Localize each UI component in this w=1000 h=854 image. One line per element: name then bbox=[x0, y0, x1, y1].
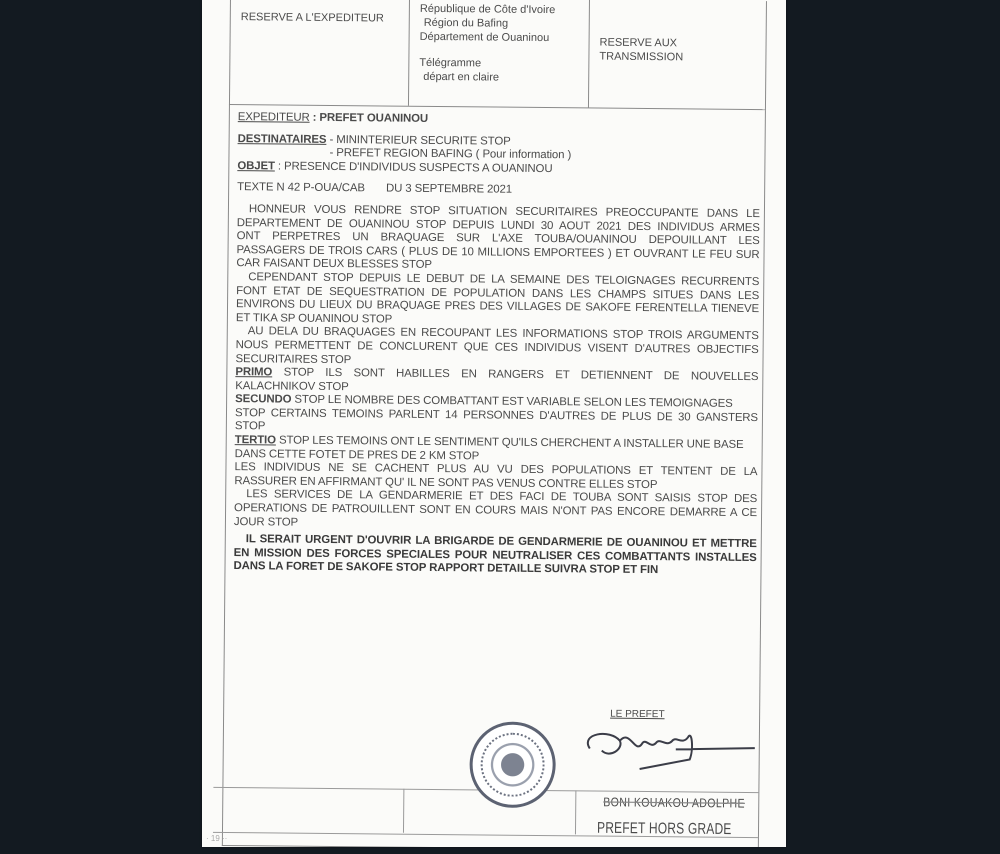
telegram-document: RESERVE A L'EXPEDITEUR République de Côt… bbox=[202, 0, 786, 847]
doc-type: Télégramme bbox=[419, 56, 582, 72]
paragraph-testimonies: CEPENDANT STOP DEPUIS LE DEBUT DE LA SEM… bbox=[236, 271, 759, 330]
header-reserved-sender: RESERVE A L'EXPEDITEUR bbox=[230, 0, 409, 106]
signatory-name: BONI KOUAKOU ADOLPHE bbox=[603, 795, 745, 811]
header-table: RESERVE A L'EXPEDITEUR République de Côt… bbox=[229, 0, 767, 110]
sender-line: EXPEDITEUR : PREFET OUANINOU bbox=[238, 111, 761, 130]
issuer-region: Région du Bafing bbox=[420, 16, 583, 32]
paragraph-services: LES SERVICES DE LA GENDARMERIE ET DES FA… bbox=[234, 489, 757, 535]
handwritten-signature-icon bbox=[580, 718, 761, 780]
paragraph-arguments: AU DELA DU BRAQUAGES EN RECOUPANT LES IN… bbox=[235, 325, 758, 371]
header-reserved-transmission: RESERVE AUX TRANSMISSION bbox=[588, 0, 766, 109]
paragraph-situation: HONNEUR VOUS RENDRE STOP SITUATION SECUR… bbox=[236, 203, 760, 276]
header-issuer: République de Côte d'Ivoire Région du Ba… bbox=[408, 0, 589, 107]
reference-line: TEXTE N 42 P-OUA/CAB DU 3 SEPTEMBRE 2021 bbox=[237, 181, 760, 200]
sender-label: EXPEDITEUR bbox=[238, 111, 310, 124]
document-content: RESERVE A L'EXPEDITEUR République de Côt… bbox=[222, 0, 767, 847]
subject-label: OBJET bbox=[237, 160, 275, 172]
tertio-label: TERTIO bbox=[235, 434, 276, 446]
recipients-label: DESTINATAIRES bbox=[238, 133, 327, 146]
sender-value: : PREFET OUANINOU bbox=[310, 112, 429, 125]
issuer-department: Département de Ouaninou bbox=[420, 30, 583, 46]
reference-number: TEXTE N 42 P-OUA/CAB bbox=[237, 181, 365, 194]
signatory-rank: PREFET HORS GRADE bbox=[597, 818, 732, 837]
message-body: EXPEDITEUR : PREFET OUANINOU DESTINATAIR… bbox=[222, 105, 766, 847]
recipient-1: - MININTERIEUR SECURITE STOP bbox=[326, 134, 510, 148]
reference-date: DU 3 SEPTEMBRE 2021 bbox=[386, 183, 512, 196]
page-footnote: · 19 ·· bbox=[206, 834, 227, 843]
doc-mode: départ en claire bbox=[419, 70, 582, 86]
issuer-country: République de Côte d'Ivoire bbox=[420, 2, 583, 18]
paragraph-urgent-request: IL SERAIT URGENT D'OUVRIR LA BRIGARDE DE… bbox=[233, 533, 756, 579]
signature-block: LE PREFET BONI KOUAKOU ADOLPHE PREFET HO… bbox=[223, 703, 759, 847]
subject-value: : PRESENCE D'INDIVIDUS SUSPECTS A OUANIN… bbox=[275, 160, 553, 175]
secundo-label: SECUNDO bbox=[235, 393, 291, 406]
official-stamp-icon bbox=[469, 721, 556, 808]
primo-label: PRIMO bbox=[235, 366, 272, 378]
